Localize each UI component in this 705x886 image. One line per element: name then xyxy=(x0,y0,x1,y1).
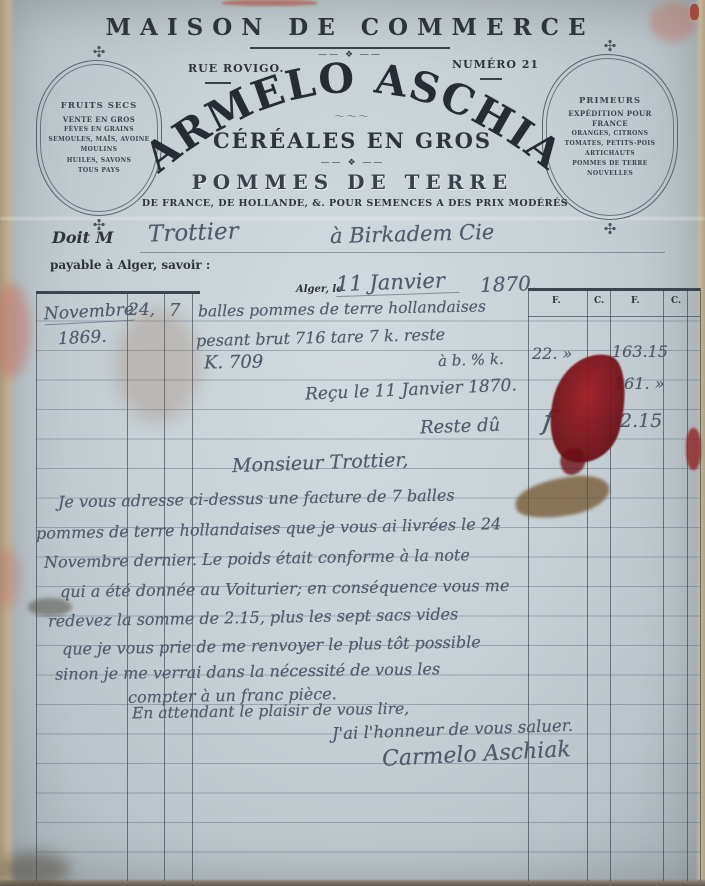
paper-edge-left xyxy=(0,0,16,886)
left-badge-line: FRUITS SECS xyxy=(61,101,137,112)
money-header-f1: F. xyxy=(552,296,561,306)
business-line-subtitle: DE FRANCE, DE HOLLANDE, &. POUR SEMENCES… xyxy=(140,198,570,209)
payable-label: payable à Alger, savoir : xyxy=(50,258,210,272)
top-right-stain xyxy=(650,2,696,42)
money-header-c1: C. xyxy=(594,296,604,306)
entry-amount-2: 161. » xyxy=(614,374,665,393)
section-divider: —— ❖ —— xyxy=(300,158,405,168)
entry-qty: 7 xyxy=(169,300,180,321)
entry-amount-1: 163.15 xyxy=(612,342,668,361)
client-place-handwritten: à Birkadem Cie xyxy=(330,220,495,248)
entry-desc-3: K. 709 xyxy=(204,351,264,373)
right-badge-line: ARTICHAUTS xyxy=(585,150,635,158)
money-col-line xyxy=(610,288,611,881)
ledger-top-rule-left xyxy=(36,291,200,294)
title-rule xyxy=(250,47,450,49)
top-red-streak xyxy=(222,0,317,6)
entry-unit-price: 22. » xyxy=(532,344,572,363)
right-badge-line: TOMATES, PETITS-POIS xyxy=(565,140,656,148)
left-badge-line: VENTE EN GROS xyxy=(63,115,135,124)
entry-amount-3: 2.15 xyxy=(620,410,662,432)
money-header-bottom-rule xyxy=(528,316,700,317)
business-line-cereales: CÉRÉALES EN GROS xyxy=(200,128,505,153)
money-col-line xyxy=(528,288,529,881)
invoice-document: MAISON DE COMMERCE —— ❖ —— RUE ROVIGO. N… xyxy=(0,0,705,886)
doit-label: Doit M xyxy=(52,228,113,247)
left-badge-line: TOUS PAYS xyxy=(78,167,120,175)
left-badge-line: MOULINS xyxy=(81,146,118,154)
right-badge-line: ORANGES, CITRONS xyxy=(572,130,649,138)
entry-day: 24, xyxy=(128,300,155,320)
ledger-right-border xyxy=(700,288,701,881)
right-badge-line: POMMES DE TERRE xyxy=(572,160,647,168)
money-box-top-rule xyxy=(528,288,700,291)
right-badge-line: PRIMEURS xyxy=(579,96,641,107)
left-badge-line: FÈVES EN GRAINS xyxy=(64,126,134,134)
entry-date-year: 1869. xyxy=(58,327,108,350)
money-header-c2: C. xyxy=(671,296,681,306)
squiggle-ornament: 〜〜〜 xyxy=(280,108,425,123)
right-badge-line: NOUVELLES xyxy=(587,170,633,178)
money-col-line xyxy=(687,288,688,881)
money-col-line xyxy=(587,288,588,881)
page-title: MAISON DE COMMERCE xyxy=(90,14,610,41)
business-line-pommes: POMMES DE TERRE xyxy=(185,170,520,194)
ledger-left-border xyxy=(36,293,37,881)
right-badge-bottom-icon: ✣ xyxy=(543,222,677,237)
reste-du-label: Reste dû xyxy=(420,415,501,439)
client-name-handwritten: Trottier xyxy=(148,218,239,247)
entry-price-note: à b. % k. xyxy=(438,350,504,370)
left-badge-line: HUILES, SAVONS xyxy=(67,157,132,165)
doit-underline xyxy=(140,252,665,253)
money-header-f2: F. xyxy=(631,296,640,306)
